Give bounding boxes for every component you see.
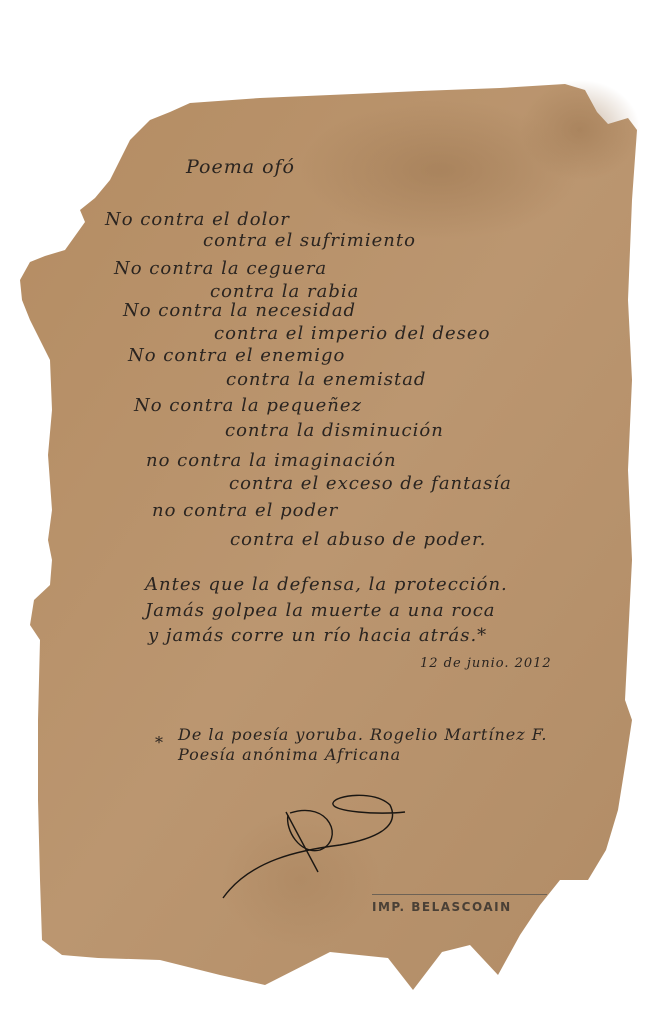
printer-rule-line — [372, 894, 547, 895]
footnote-marker: * — [155, 733, 164, 752]
poem-line-5: No contra la necesidad — [123, 300, 356, 321]
printer-stamp: IMP. BELASCOAIN — [372, 900, 512, 914]
footnote-attribution: Poesía anónima Africana — [178, 745, 401, 764]
poem-line-10: contra la disminución — [225, 420, 444, 441]
footnote-source: De la poesía yoruba. Rogelio Martínez F. — [178, 725, 547, 744]
poem-line-3: No contra la ceguera — [114, 258, 327, 279]
aged-paper-document: Poema ofó No contra el dolor contra el s… — [0, 0, 661, 1023]
poem-line-1: No contra el dolor — [105, 209, 290, 230]
poem-line-14: contra el abuso de poder. — [230, 529, 486, 550]
poem-date: 12 de junio. 2012 — [420, 656, 552, 671]
poem-line-7: No contra el enemigo — [128, 345, 345, 366]
closing-line-1: Antes que la defensa, la protección. — [145, 574, 508, 595]
poem-line-6: contra el imperio del deseo — [214, 323, 490, 344]
closing-line-3: y jamás corre un río hacia atrás.* — [148, 625, 487, 646]
poem-line-4: contra la rabia — [210, 281, 359, 302]
poem-line-9: No contra la pequeñez — [134, 395, 362, 416]
poem-line-8: contra la enemistad — [226, 369, 426, 390]
poem-line-11: no contra la imaginación — [146, 450, 397, 471]
poem-line-2: contra el sufrimiento — [203, 230, 416, 251]
poem-title: Poema ofó — [186, 156, 295, 178]
poem-line-13: no contra el poder — [152, 500, 338, 521]
closing-line-2: Jamás golpea la muerte a una roca — [145, 600, 496, 621]
poem-line-12: contra el exceso de fantasía — [229, 473, 512, 494]
